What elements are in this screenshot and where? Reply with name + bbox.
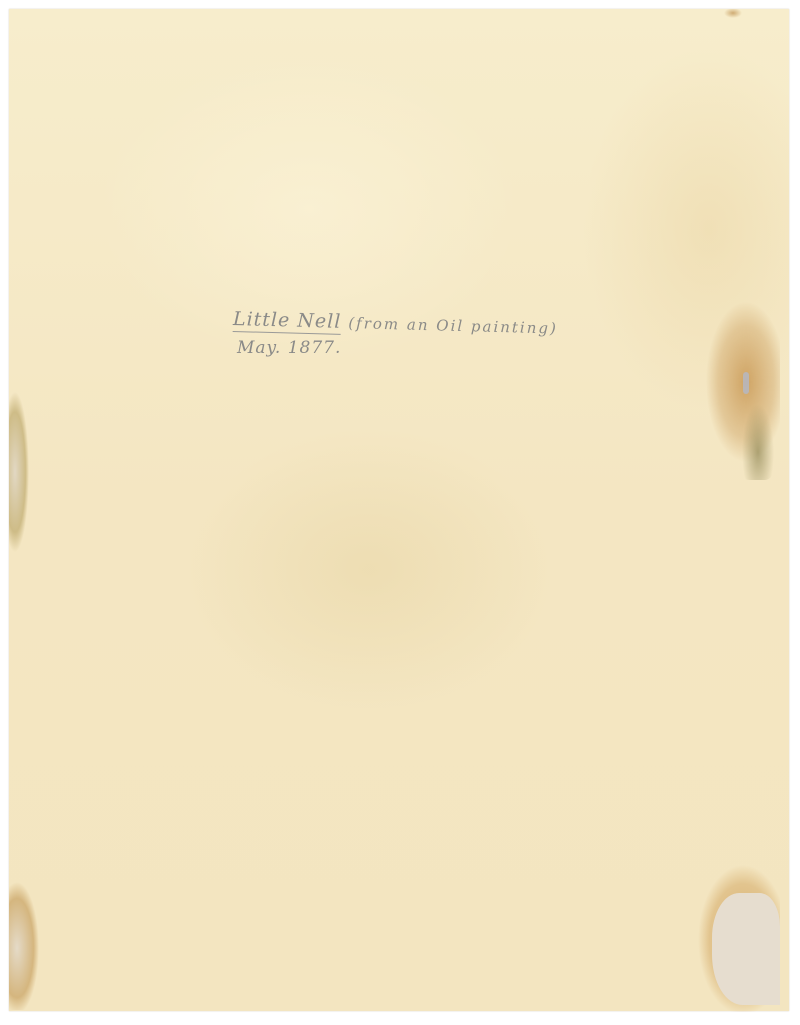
paper-sheet <box>9 9 789 1011</box>
inscription-date: May. 1877. <box>237 338 558 358</box>
stain-top-right <box>724 9 742 19</box>
inscription-title: Little Nell <box>233 308 342 335</box>
stain-right-middle-highlight <box>743 372 749 394</box>
pencil-inscription: Little Nell (from an Oil painting) May. … <box>233 308 558 358</box>
inscription-note: (from an Oil painting) <box>348 314 558 337</box>
stain-bottom-right-paper-loss <box>712 893 780 1005</box>
inscription-line-1: Little Nell (from an Oil painting) <box>233 308 558 338</box>
